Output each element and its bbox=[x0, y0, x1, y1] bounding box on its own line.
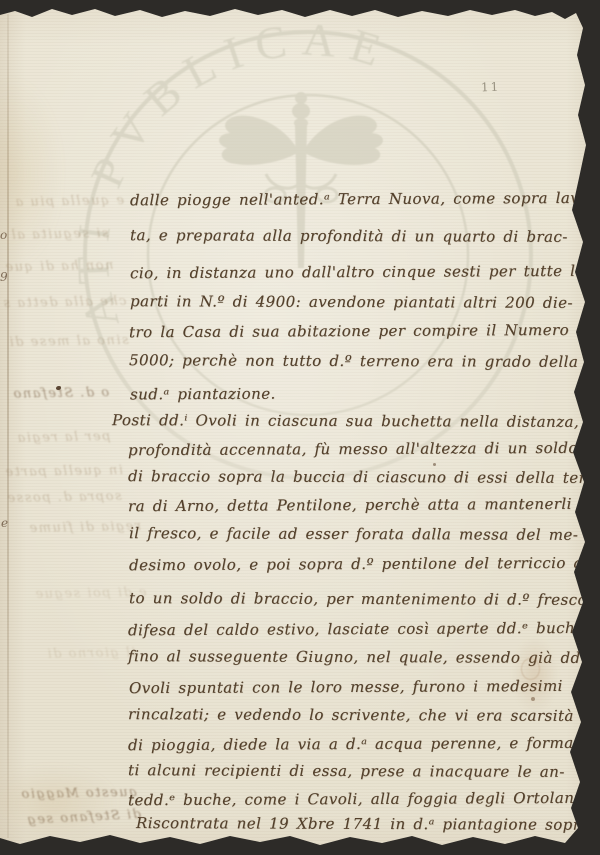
ink-speck bbox=[531, 697, 535, 701]
bleed-through-fragment: questo Maggio bbox=[20, 785, 138, 802]
page-number: 11 bbox=[481, 80, 501, 95]
bleed-through-fragment: per la regia bbox=[16, 429, 111, 446]
bleed-through-fragment: e quella piu a bbox=[14, 193, 124, 210]
bleed-through-fragment: che alla detta s bbox=[2, 294, 127, 311]
manuscript-line: di braccio sopra la buccia di ciascuno d… bbox=[128, 467, 592, 487]
manuscript-line: tedd.ᵉ buche, come i Cavoli, alla foggia… bbox=[128, 789, 585, 809]
bleed-through-fragment: regia di fiume bbox=[28, 519, 141, 536]
manuscript-line: rincalzati; e vedendo lo scrivente, che … bbox=[128, 705, 574, 725]
manuscript-line: ta, e preparata alla profondità di un qu… bbox=[130, 226, 568, 246]
bleed-through-fragment: il giorno di bbox=[46, 645, 136, 662]
manuscript-line: 5000; perchè non tutto d.º terreno era i… bbox=[129, 351, 578, 371]
manuscript-line: Ovoli spuntati con le loro messe, furono… bbox=[129, 677, 563, 697]
manuscript-line: difesa del caldo estivo, lasciate così a… bbox=[128, 619, 600, 640]
manuscript-line: parti in N.º di 4900: avendone piantati … bbox=[130, 292, 573, 312]
manuscript-line: dalle piogge nell'anted.ᵃ Terra Nuova, c… bbox=[130, 189, 600, 210]
manuscript-line: profondità accennata, fù messo all'altez… bbox=[128, 439, 578, 459]
manuscript-line: di pioggia, diede la via a d.ᵃ acqua per… bbox=[128, 734, 579, 754]
manuscript-line: Riscontrata nel 19 Xbre 1741 in d.ᵃ pian… bbox=[136, 814, 600, 834]
paper-stain bbox=[0, 766, 118, 840]
manuscript-line: ti alcuni recipienti di essa, prese a in… bbox=[128, 761, 565, 781]
manuscript-line: cio, in distanza uno dall'altro cinque s… bbox=[130, 262, 585, 282]
ink-speck bbox=[433, 463, 436, 466]
manuscript-line: fino al susseguente Giugno, nel quale, e… bbox=[128, 647, 589, 667]
bleed-through-fragment: sopra d. posse bbox=[6, 489, 122, 506]
manuscript-line: il fresco, e facile ad esser forata dall… bbox=[129, 524, 578, 544]
bleed-through-fragment: si seguita al bbox=[10, 226, 109, 243]
manuscript-line: Posti dd.ⁱ Ovoli in ciascuna sua buchett… bbox=[112, 411, 596, 431]
bleed-through-fragment: in quella parte bbox=[4, 463, 123, 480]
manuscript-line: ra di Arno, detta Pentilone, perchè atta… bbox=[128, 495, 572, 515]
manuscript-paper-sheet: ATI PVBLICAE e quella piu a si seguita a… bbox=[0, 0, 600, 855]
bleed-through-fragment: non ha di que bbox=[4, 258, 114, 275]
bleed-through-fragment: di Stefano seg bbox=[26, 807, 142, 828]
manuscript-line: sud.ᵃ piantazione. bbox=[130, 385, 276, 404]
manuscript-line: to un soldo di braccio, per mantenimento… bbox=[129, 589, 600, 609]
bleed-through-fragment: sino al mese di bbox=[8, 333, 129, 350]
manuscript-line: desimo ovolo, e poi sopra d.º pentilone … bbox=[129, 554, 594, 574]
watermark-circular-text: ATI PVBLICAE bbox=[66, 13, 398, 334]
manuscript-line: tro la Casa di sua abitazione per compir… bbox=[129, 321, 592, 341]
paper-blemish bbox=[521, 658, 540, 680]
fold-crease bbox=[7, 14, 9, 838]
